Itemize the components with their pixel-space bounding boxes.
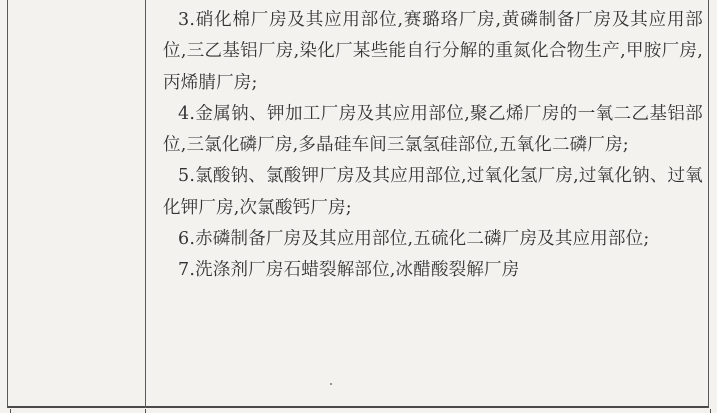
column-divider xyxy=(145,0,146,408)
table-left-cell xyxy=(8,0,145,406)
cell-content: 3.硝化棉厂房及其应用部位,赛璐珞厂房,黄磷制备厂房及其应用部位,三乙基铝厂房,… xyxy=(163,5,703,287)
paragraph-item-5: 5.氯酸钠、氯酸钾厂房及其应用部位,过氧化氢厂房,过氧化钠、过氧化钾厂房,次氯酸… xyxy=(163,161,703,224)
print-speck xyxy=(330,383,332,385)
page-below-table xyxy=(0,408,717,413)
paragraph-item-7: 7.洗涤剂厂房石蜡裂解部位,冰醋酸裂解厂房 xyxy=(163,255,703,286)
next-row-divider xyxy=(145,409,146,413)
paragraph-item-3: 3.硝化棉厂房及其应用部位,赛璐珞厂房,黄磷制备厂房及其应用部位,三乙基铝厂房,… xyxy=(163,5,703,99)
table-right-cell: 3.硝化棉厂房及其应用部位,赛璐珞厂房,黄磷制备厂房及其应用部位,三乙基铝厂房,… xyxy=(147,0,709,406)
next-row-border-right xyxy=(710,409,711,413)
paragraph-item-6: 6.赤磷制备厂房及其应用部位,五硫化二磷厂房及其应用部位; xyxy=(163,224,703,255)
paragraph-item-4: 4.金属钠、钾加工厂房及其应用部位,聚乙烯厂房的一氧二乙基铝部位,三氯化磷厂房,… xyxy=(163,99,703,162)
next-row-border-left xyxy=(10,409,11,413)
